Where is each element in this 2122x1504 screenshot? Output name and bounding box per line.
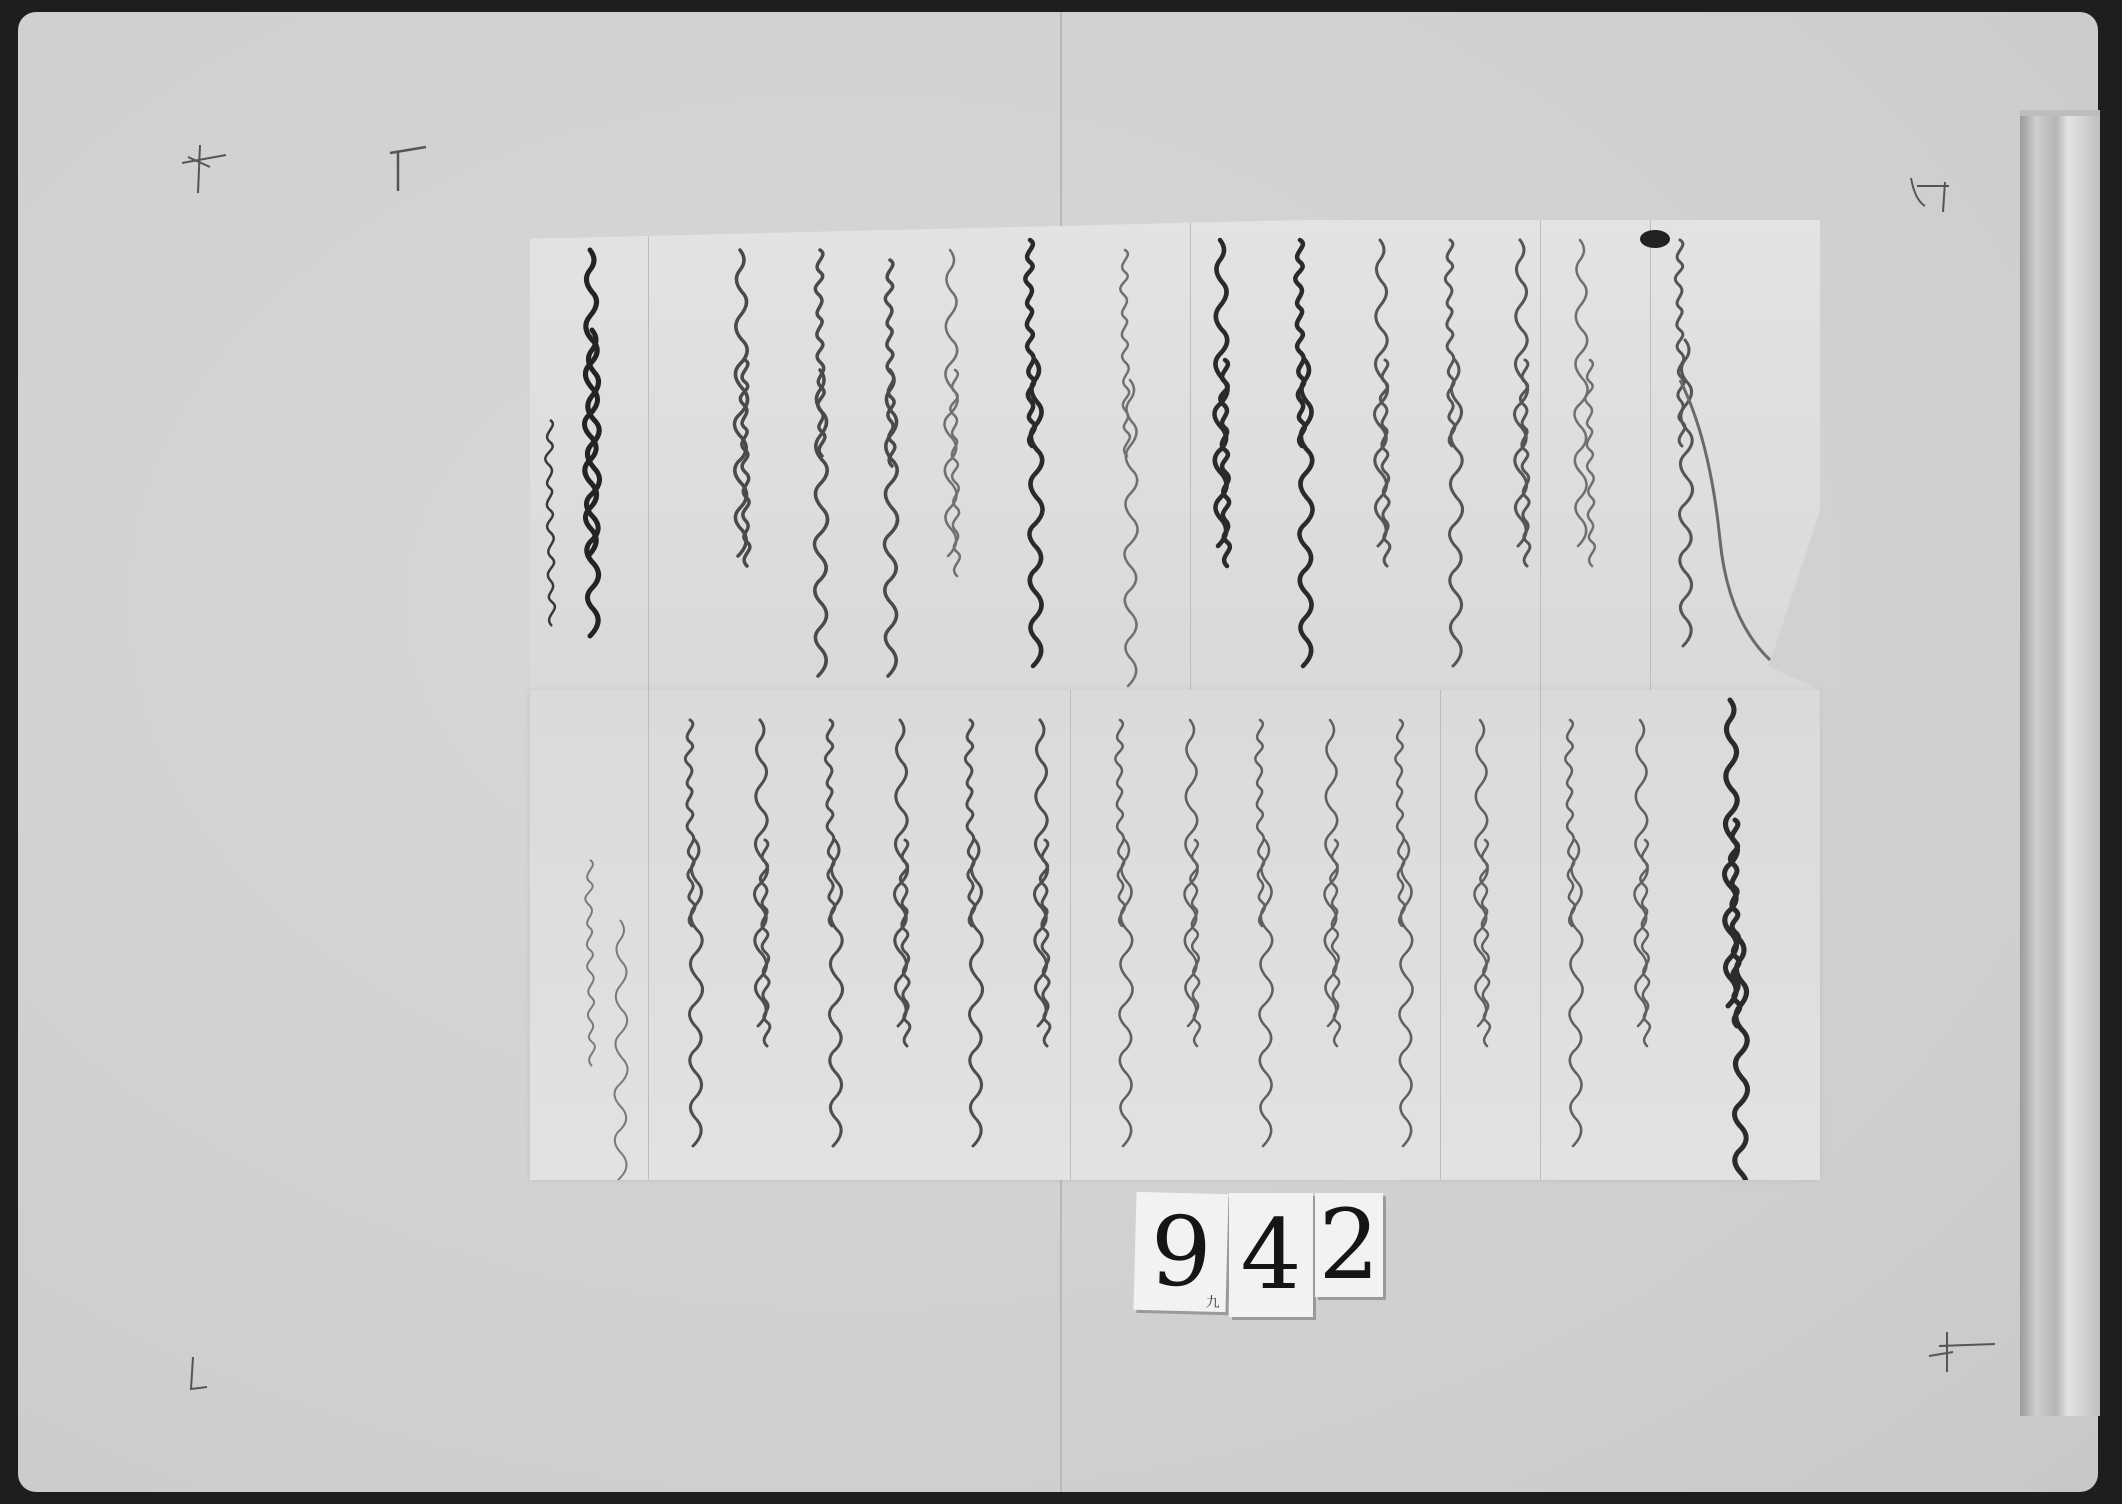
glass-plate-edge — [2020, 110, 2100, 1416]
handwritten-letter — [530, 220, 1820, 1180]
catalog-digit: 9 — [1149, 1203, 1213, 1301]
catalog-digit: 4 — [1240, 1207, 1301, 1303]
catalog-digit-card: 4 — [1229, 1193, 1313, 1317]
card-annotation: 九 — [1205, 1296, 1219, 1310]
crop-mark-top-right — [1905, 170, 1955, 220]
ink-stain — [1640, 230, 1670, 248]
catalog-digit: 2 — [1318, 1197, 1379, 1293]
crop-mark-bottom-right — [1925, 1330, 1995, 1380]
crop-mark-top-inner — [388, 145, 428, 195]
catalog-number: 9 九 4 2 — [1135, 1193, 1383, 1317]
calligraphy-strokes — [530, 220, 1820, 1180]
crop-mark-bottom-left — [185, 1355, 215, 1395]
catalog-digit-card: 9 九 — [1133, 1192, 1228, 1312]
crop-mark-top-left — [180, 145, 230, 195]
catalog-digit-card: 2 — [1315, 1193, 1383, 1297]
